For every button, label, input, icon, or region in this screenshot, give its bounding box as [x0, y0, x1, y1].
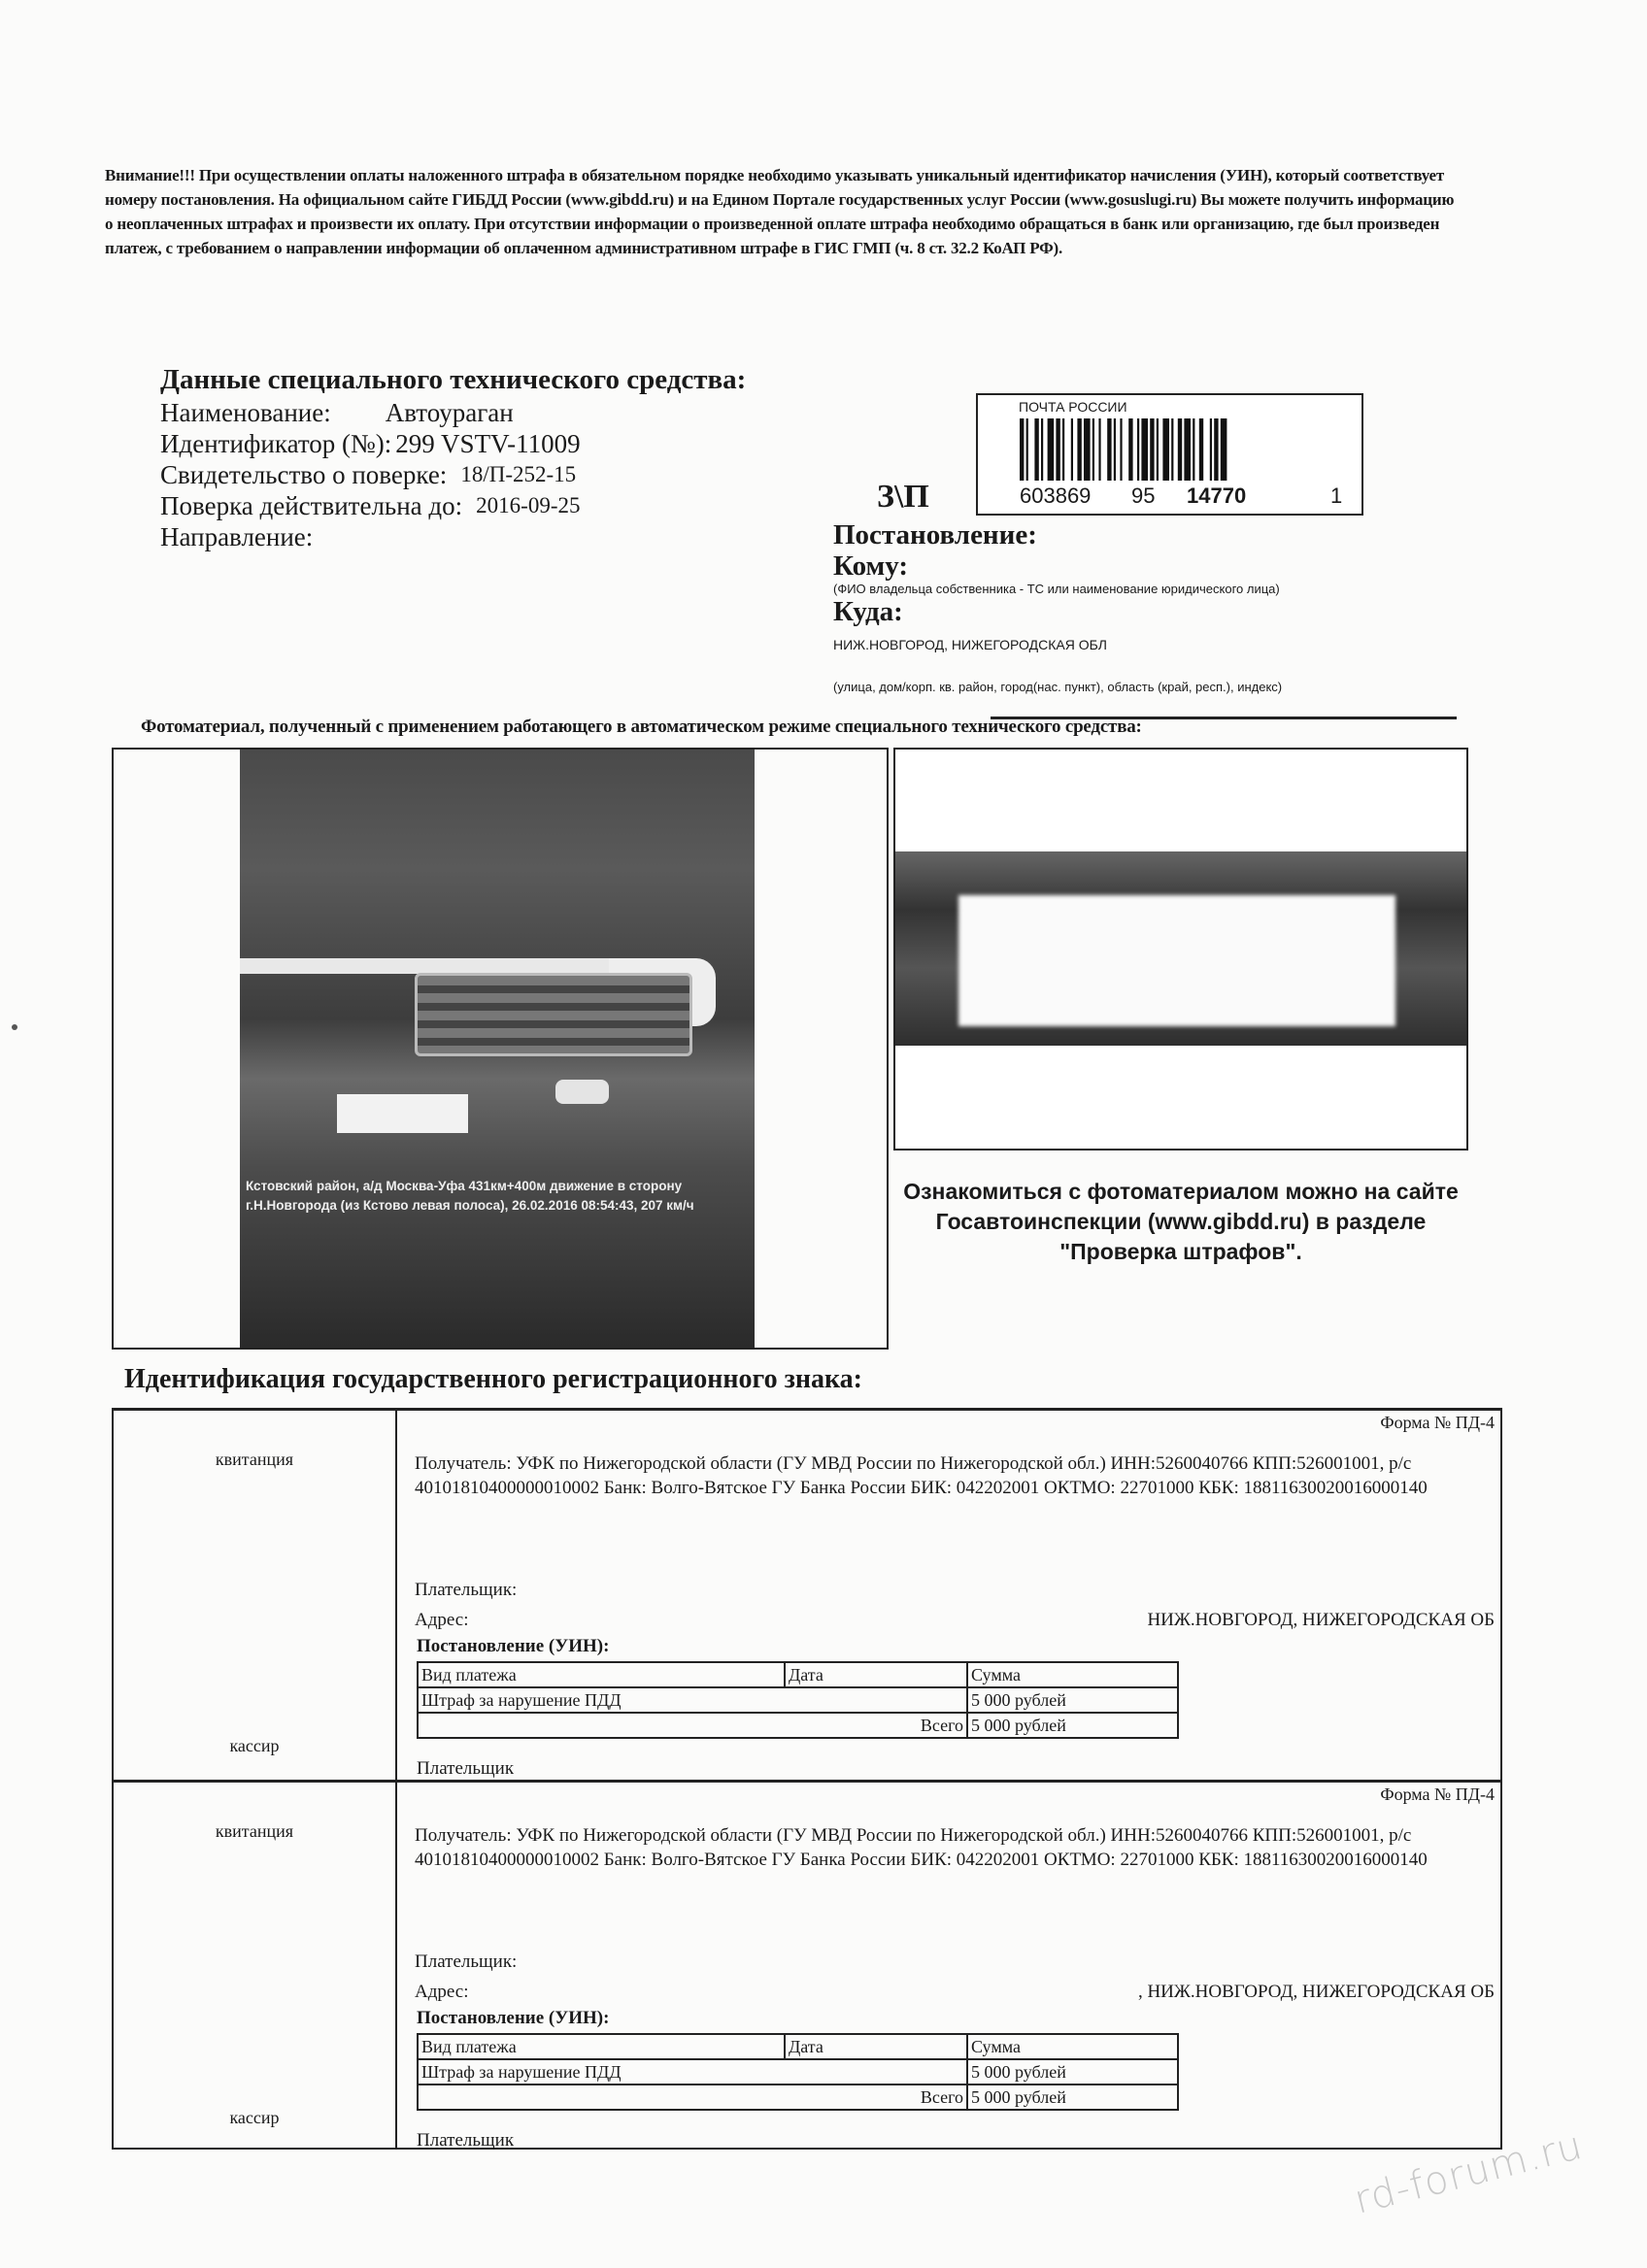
address-value: НИЖ.НОВГОРОД, НИЖЕГОРОДСКАЯ ОБ [1147, 1610, 1495, 1631]
cashier-label: кассир [114, 1736, 395, 1756]
device-direction-label: Направление: [160, 521, 313, 552]
license-plate-redacted [337, 1094, 468, 1133]
plate-closeup-redacted [958, 895, 1395, 1026]
device-name-label: Наименование: [160, 397, 331, 428]
form-number: Форма № ПД-4 [1380, 1413, 1495, 1433]
to-hint: (ФИО владельца собственника - ТС или наи… [833, 582, 1455, 596]
address-value: , НИЖ.НОВГОРОД, НИЖЕГОРОДСКАЯ ОБ [1138, 1982, 1495, 2003]
total-amount: 5 000 рублей [967, 1713, 1178, 1738]
device-cert-label: Свидетельство о поверке: [160, 459, 447, 490]
vehicle-image: Кстовский район, а/д Москва-Уфа 431км+40… [240, 750, 755, 1348]
receipt: квитанция кассир Форма № ПД-4 Получатель… [114, 1783, 1500, 2148]
photo-caption: Кстовский район, а/д Москва-Уфа 431км+40… [246, 1177, 751, 1216]
uin-label: Постановление (УИН): [417, 2008, 609, 2029]
col-payment-type: Вид платежа [418, 1662, 785, 1687]
col-date: Дата [785, 2034, 967, 2059]
col-payment-type: Вид платежа [418, 2034, 785, 2059]
payment-table: Вид платежа Дата Сумма Штраф за нарушени… [417, 1661, 1179, 1739]
col-date: Дата [785, 1662, 967, 1687]
photo-title: Фотоматериал, полученный с применением р… [141, 717, 1471, 738]
payer-label: Плательщик: [415, 1951, 517, 1973]
device-id-value: 299 VSTV-11009 [395, 428, 580, 459]
barcode-num-4: 1 [1330, 484, 1342, 509]
device-id-label: Идентификатор (№): [160, 428, 391, 459]
payer-signature: Плательщик [417, 2130, 514, 2151]
recipient-details: Получатель: УФК по Нижегородской области… [415, 1451, 1502, 1500]
item-name: Штраф за нарушение ПДД [418, 2059, 967, 2085]
payer-label: Плательщик: [415, 1580, 517, 1601]
receipt-label: квитанция [114, 1821, 395, 1842]
barcode-num-3: 14770 [1187, 484, 1246, 509]
plate-closeup-photo [893, 748, 1468, 1151]
receipt: квитанция кассир Форма № ПД-4 Получатель… [114, 1411, 1500, 1783]
device-name-value: Автоураган [386, 397, 514, 428]
device-valid-value: 2016-09-25 [476, 490, 580, 521]
vehicle-photo: Кстовский район, а/д Москва-Уфа 431км+40… [112, 748, 889, 1350]
recipient-details: Получатель: УФК по Нижегородской области… [415, 1823, 1502, 1872]
scan-speck [12, 1024, 17, 1030]
receipt-label: квитанция [114, 1450, 395, 1470]
plate-identification-title: Идентификация государственного регистрац… [124, 1364, 862, 1395]
address-label: Адрес: [415, 1610, 469, 1631]
where-label: Куда: [833, 596, 1455, 627]
barcode-icon [1020, 418, 1328, 481]
photo-note: Ознакомиться с фотоматериалом можно на с… [893, 1177, 1468, 1267]
payment-table: Вид платежа Дата Сумма Штраф за нарушени… [417, 2033, 1179, 2111]
grille-icon [415, 973, 692, 1056]
device-valid-label: Поверка действительна до: [160, 490, 462, 521]
device-title: Данные специального технического средств… [160, 364, 746, 395]
item-name: Штраф за нарушение ПДД [418, 1687, 967, 1713]
cashier-label: кассир [114, 2108, 395, 2128]
address-label: Адрес: [415, 1982, 469, 2003]
total-label: Всего [418, 1713, 967, 1738]
uin-label: Постановление (УИН): [417, 1636, 609, 1657]
where-hint: (улица, дом/корп. кв. район, город(нас. … [833, 680, 1455, 694]
device-info: Данные специального технического средств… [160, 364, 746, 552]
item-amount: 5 000 рублей [967, 1687, 1178, 1713]
payment-receipts: квитанция кассир Форма № ПД-4 Получатель… [112, 1408, 1502, 2150]
device-cert-value: 18/П-252-15 [460, 459, 576, 490]
item-amount: 5 000 рублей [967, 2059, 1178, 2085]
to-label: Кому: [833, 550, 1455, 582]
barcode-num-1: 603869 [1020, 484, 1091, 509]
barcode-carrier: ПОЧТА РОССИИ [1019, 399, 1127, 415]
payer-signature: Плательщик [417, 1758, 514, 1780]
decree-label: Постановление: [833, 519, 1455, 550]
where-value: НИЖ.НОВГОРОД, НИЖЕГОРОДСКАЯ ОБЛ [833, 637, 1455, 652]
barcode-num-2: 95 [1131, 484, 1155, 509]
addressee-block: Постановление: Кому: (ФИО владельца собс… [833, 519, 1455, 694]
payment-warning: Внимание!!! При осуществлении оплаты нал… [105, 163, 1464, 260]
postal-barcode: ПОЧТА РОССИИ 603869 95 14770 1 [976, 393, 1363, 516]
total-label: Всего [418, 2085, 967, 2110]
total-amount: 5 000 рублей [967, 2085, 1178, 2110]
col-amount: Сумма [967, 2034, 1178, 2059]
col-amount: Сумма [967, 1662, 1178, 1687]
mail-mark: З\П [877, 479, 929, 516]
form-number: Форма № ПД-4 [1380, 1784, 1495, 1805]
